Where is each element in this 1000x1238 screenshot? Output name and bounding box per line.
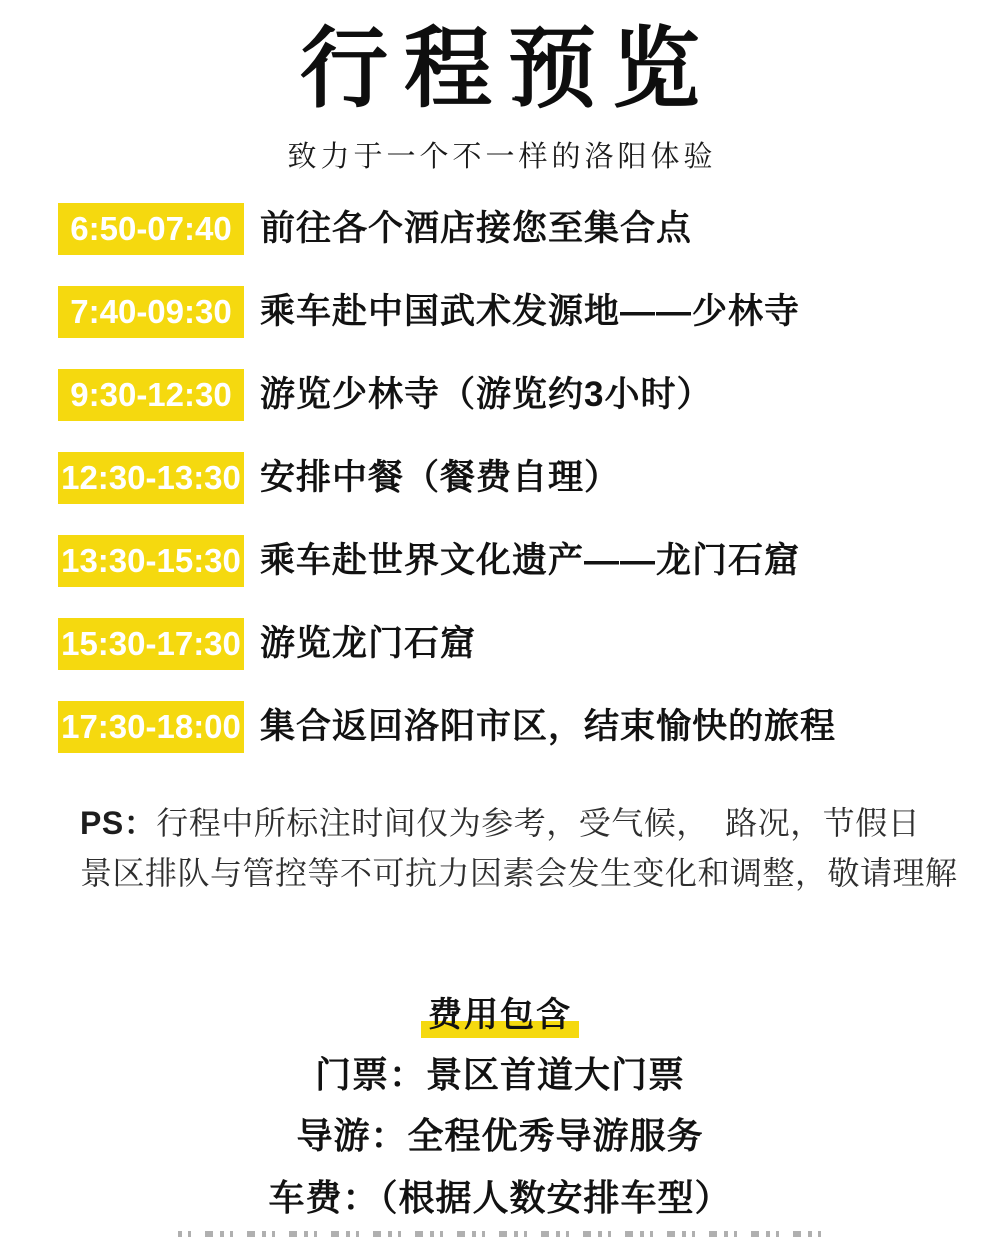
itinerary-row: 7:40-09:30 乘车赴中国武术发源地——少林寺 — [0, 286, 1000, 338]
time-text: 6:50-07:40 — [58, 203, 244, 255]
ps-note-line1-text: 行程中所标注时间仅为参考，受气候， 路况，节假日 — [156, 805, 920, 841]
page-subtitle: 致力于一个不一样的洛阳体验 — [0, 138, 1000, 174]
activity-text: 安排中餐（餐费自理） — [260, 452, 980, 504]
time-badge: 12:30-13:30 — [58, 452, 244, 504]
itinerary-row: 15:30-17:30 游览龙门石窟 — [0, 618, 1000, 670]
time-badge: 15:30-17:30 — [58, 618, 244, 670]
cutoff-text-remnant — [178, 1231, 828, 1237]
activity-text: 乘车赴世界文化遗产——龙门石窟 — [260, 535, 980, 587]
ps-note-line2: 景区排队与管控等不可抗力因素会发生变化和调整，敬请理解 — [80, 848, 960, 898]
time-badge: 13:30-15:30 — [58, 535, 244, 587]
time-text: 9:30-12:30 — [58, 369, 244, 421]
fees-section-title: 费用包含 — [0, 994, 1000, 1036]
time-text: 7:40-09:30 — [58, 286, 244, 338]
ps-note: PS：行程中所标注时间仅为参考，受气候， 路况，节假日 景区排队与管控等不可抗力… — [80, 798, 960, 898]
itinerary-row: 9:30-12:30 游览少林寺（游览约3小时） — [0, 369, 1000, 421]
activity-text: 游览少林寺（游览约3小时） — [260, 369, 980, 421]
activity-text: 游览龙门石窟 — [260, 618, 980, 670]
itinerary-row: 6:50-07:40 前往各个酒店接您至集合点 — [0, 203, 1000, 255]
fee-line-guide: 导游：全程优秀导游服务 — [0, 1114, 1000, 1158]
itinerary-row: 12:30-13:30 安排中餐（餐费自理） — [0, 452, 1000, 504]
ps-note-line1: PS：行程中所标注时间仅为参考，受气候， 路况，节假日 — [80, 798, 960, 848]
time-badge: 9:30-12:30 — [58, 369, 244, 421]
time-badge: 7:40-09:30 — [58, 286, 244, 338]
time-text: 13:30-15:30 — [58, 535, 244, 587]
itinerary-row: 13:30-15:30 乘车赴世界文化遗产——龙门石窟 — [0, 535, 1000, 587]
itinerary-poster: 行程预览 致力于一个不一样的洛阳体验 6:50-07:40 前往各个酒店接您至集… — [0, 0, 1000, 1238]
activity-text: 集合返回洛阳市区，结束愉快的旅程 — [260, 701, 980, 753]
itinerary-row: 17:30-18:00 集合返回洛阳市区，结束愉快的旅程 — [0, 701, 1000, 753]
time-badge: 6:50-07:40 — [58, 203, 244, 255]
page-title: 行程预览 — [0, 18, 1000, 118]
fee-line-transport: 车费：（根据人数安排车型） — [0, 1176, 1000, 1220]
time-text: 15:30-17:30 — [58, 618, 244, 670]
time-badge: 17:30-18:00 — [58, 701, 244, 753]
time-text: 17:30-18:00 — [58, 701, 244, 753]
ps-label: PS： — [80, 805, 156, 841]
fee-line-tickets: 门票：景区首道大门票 — [0, 1053, 1000, 1097]
activity-text: 乘车赴中国武术发源地——少林寺 — [260, 286, 980, 338]
time-text: 12:30-13:30 — [58, 452, 244, 504]
activity-text: 前往各个酒店接您至集合点 — [260, 203, 980, 255]
